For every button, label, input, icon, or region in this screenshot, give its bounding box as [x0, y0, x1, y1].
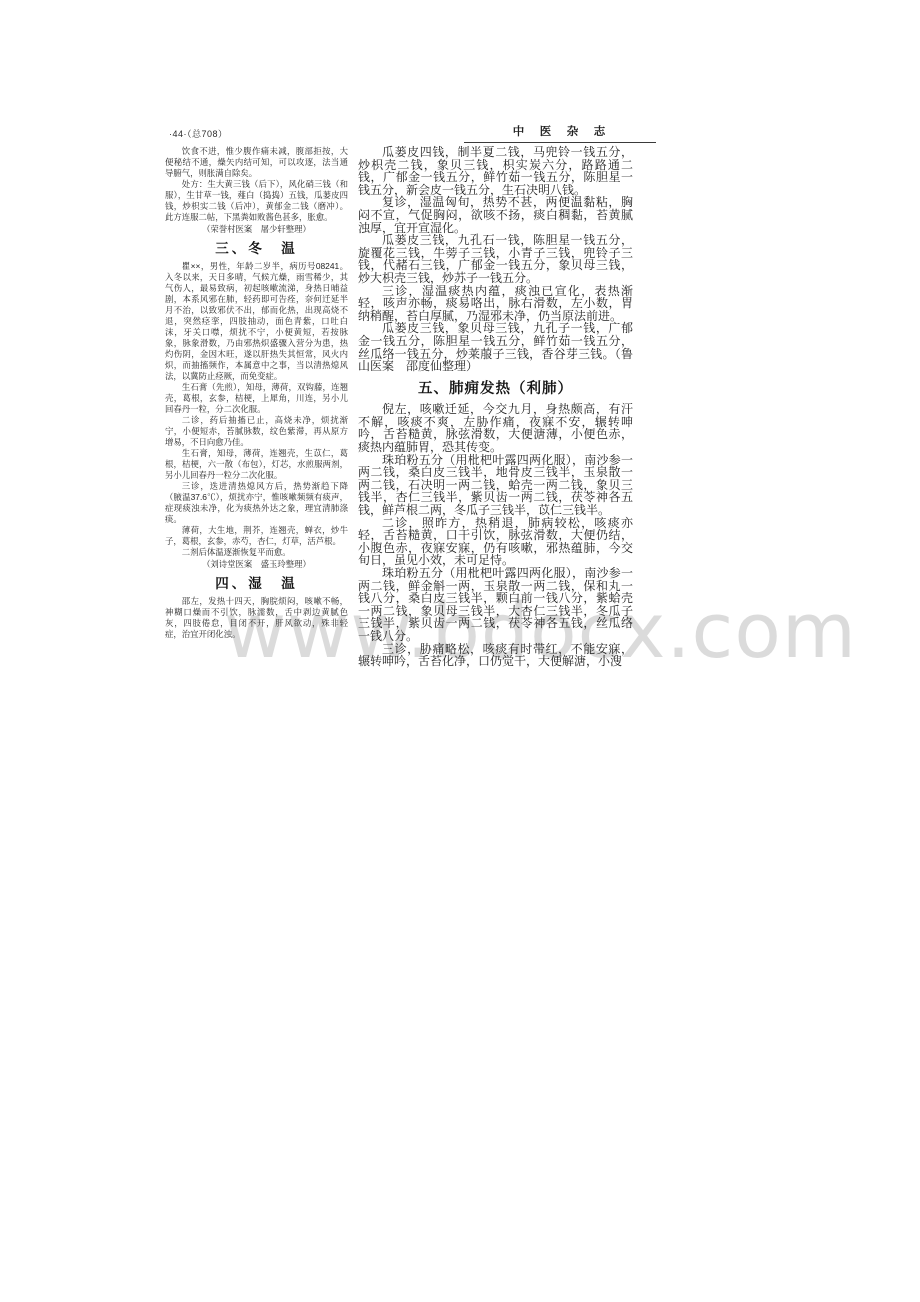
paragraph: 生石膏（先煎），知母，薄荷，双钩藤，连翘壳，葛根，玄参，桔梗，上犀角，川连，另小…	[165, 382, 348, 415]
paragraph: 生石膏，知母，薄荷，连翘壳，生苡仁，葛根，桔梗，六一散（布包），灯芯，水煎服两剂…	[165, 448, 348, 481]
scanned-page: www.bdocx.com ·44·（总708） 中 医 杂 志 饮食不进，惟少…	[0, 0, 920, 1302]
section-heading: 五、肺痈发热（利肺）	[358, 383, 633, 396]
paragraph: 邵左，发热十四天，胸脘烦闷，咳嗽不畅，神糊口燥而不引饮，脉濡数，舌中剥边黄腻色灰…	[165, 596, 348, 640]
paragraph: 倪左，咳嗽迁延，今交九月，身热颇高，有汗不解，咳痰不爽，左胁作痛，夜寐不安，辗转…	[358, 403, 633, 453]
paragraph: 复诊，湿温匈旬，热势不甚，两便温黏粘，胸闷不宣，气促胸闷，欲咳不扬，痰白稠黏，苔…	[358, 196, 633, 234]
left-column: 饮食不进，惟少腹作痛未减，腹部拒按，大便秘结不通，燥矢内结可知，可以攻逐，法当通…	[165, 146, 348, 640]
journal-title: 中 医 杂 志	[464, 123, 656, 143]
paragraph: 二诊，照昨方，热稍退，肺病较松，咳痰亦轻，舌苔糙黄，口干引饮，脉弦滑数，大便仍结…	[358, 517, 633, 567]
paragraph: 瓜蒌皮三钱，九孔石一钱，陈胆星一钱五分，旋覆花三钱，牛蒡子三钱，小青子三钱，兜铃…	[358, 234, 633, 284]
section-heading: 三、冬 温	[165, 243, 348, 254]
attribution-line: （荣誉村医案 屠少轩整理）	[165, 224, 348, 235]
paragraph: 珠珀粉五分（用枇杷叶露四两化服），南沙参一两二钱，鲜金斛一两，玉泉散一两二钱，保…	[358, 567, 633, 643]
paragraph: 三诊，胁痛略松，咳痰有时带红，不能安寐，辗转呻吟，舌苔化净，口仍觉干，大便解溏，…	[358, 643, 633, 668]
right-column: 瓜蒌皮四钱，制半夏二钱，马兜铃一钱五分，炒枳壳二钱，象贝三钱，枳实炭六分，路路通…	[358, 146, 633, 668]
paragraph: 三诊，迭进清热熄风方后，热势渐趋下降（腋温37.6℃），烦扰亦宁，惟咳嗽频频有痰…	[165, 481, 348, 525]
paragraph: 三诊，湿温痰热内蕴，痰浊已宣化，表热渐轻，咳声亦畅，痰易咯出，脉右滑数，左小数，…	[358, 285, 633, 323]
paragraph: 瓜蒌皮四钱，制半夏二钱，马兜铃一钱五分，炒枳壳二钱，象贝三钱，枳实炭六分，路路通…	[358, 146, 633, 196]
paragraph: 瓜蒌皮三钱，象贝母三钱，九孔子一钱，广郁金一钱五分，陈胆星一钱五分，鲜竹茹一钱五…	[358, 322, 633, 372]
paragraph: 瞿××，男性，年龄二岁半，病历号08241。入冬以来，天日多晴，气候亢燥，雨雪稀…	[165, 261, 348, 382]
page-number: ·44·（总708）	[169, 127, 228, 140]
paragraph: 薄荷，大生地，荆芥，连翘壳，蝉衣，炒牛子，葛根，玄参，赤芍，杏仁，灯草，活芦根。	[165, 525, 348, 547]
paragraph: 二诊，药后抽搐已止，高烧未净，烦扰渐宁，小便短赤，苔腻脉数，纹色紫滞，再从原方增…	[165, 415, 348, 448]
paragraph: 二剂后体温逐渐恢复平而愈。	[165, 547, 348, 558]
paragraph: 珠珀粉五分（用枇杷叶露四两化服），南沙参一两二钱，桑白皮三钱半，地骨皮三钱半，玉…	[358, 454, 633, 517]
paragraph: 处方：生大黄三钱（后下），风化硝三钱（和服），生甘草一钱，薤白（捣捣）五钱，瓜蒌…	[165, 179, 348, 223]
paragraph: 饮食不进，惟少腹作痛未减，腹部拒按，大便秘结不通，燥矢内结可知，可以攻逐，法当通…	[165, 146, 348, 179]
section-heading: 四、湿 温	[165, 578, 348, 589]
attribution-line: （刘诗堂医案 盛玉玲整理）	[165, 559, 348, 570]
